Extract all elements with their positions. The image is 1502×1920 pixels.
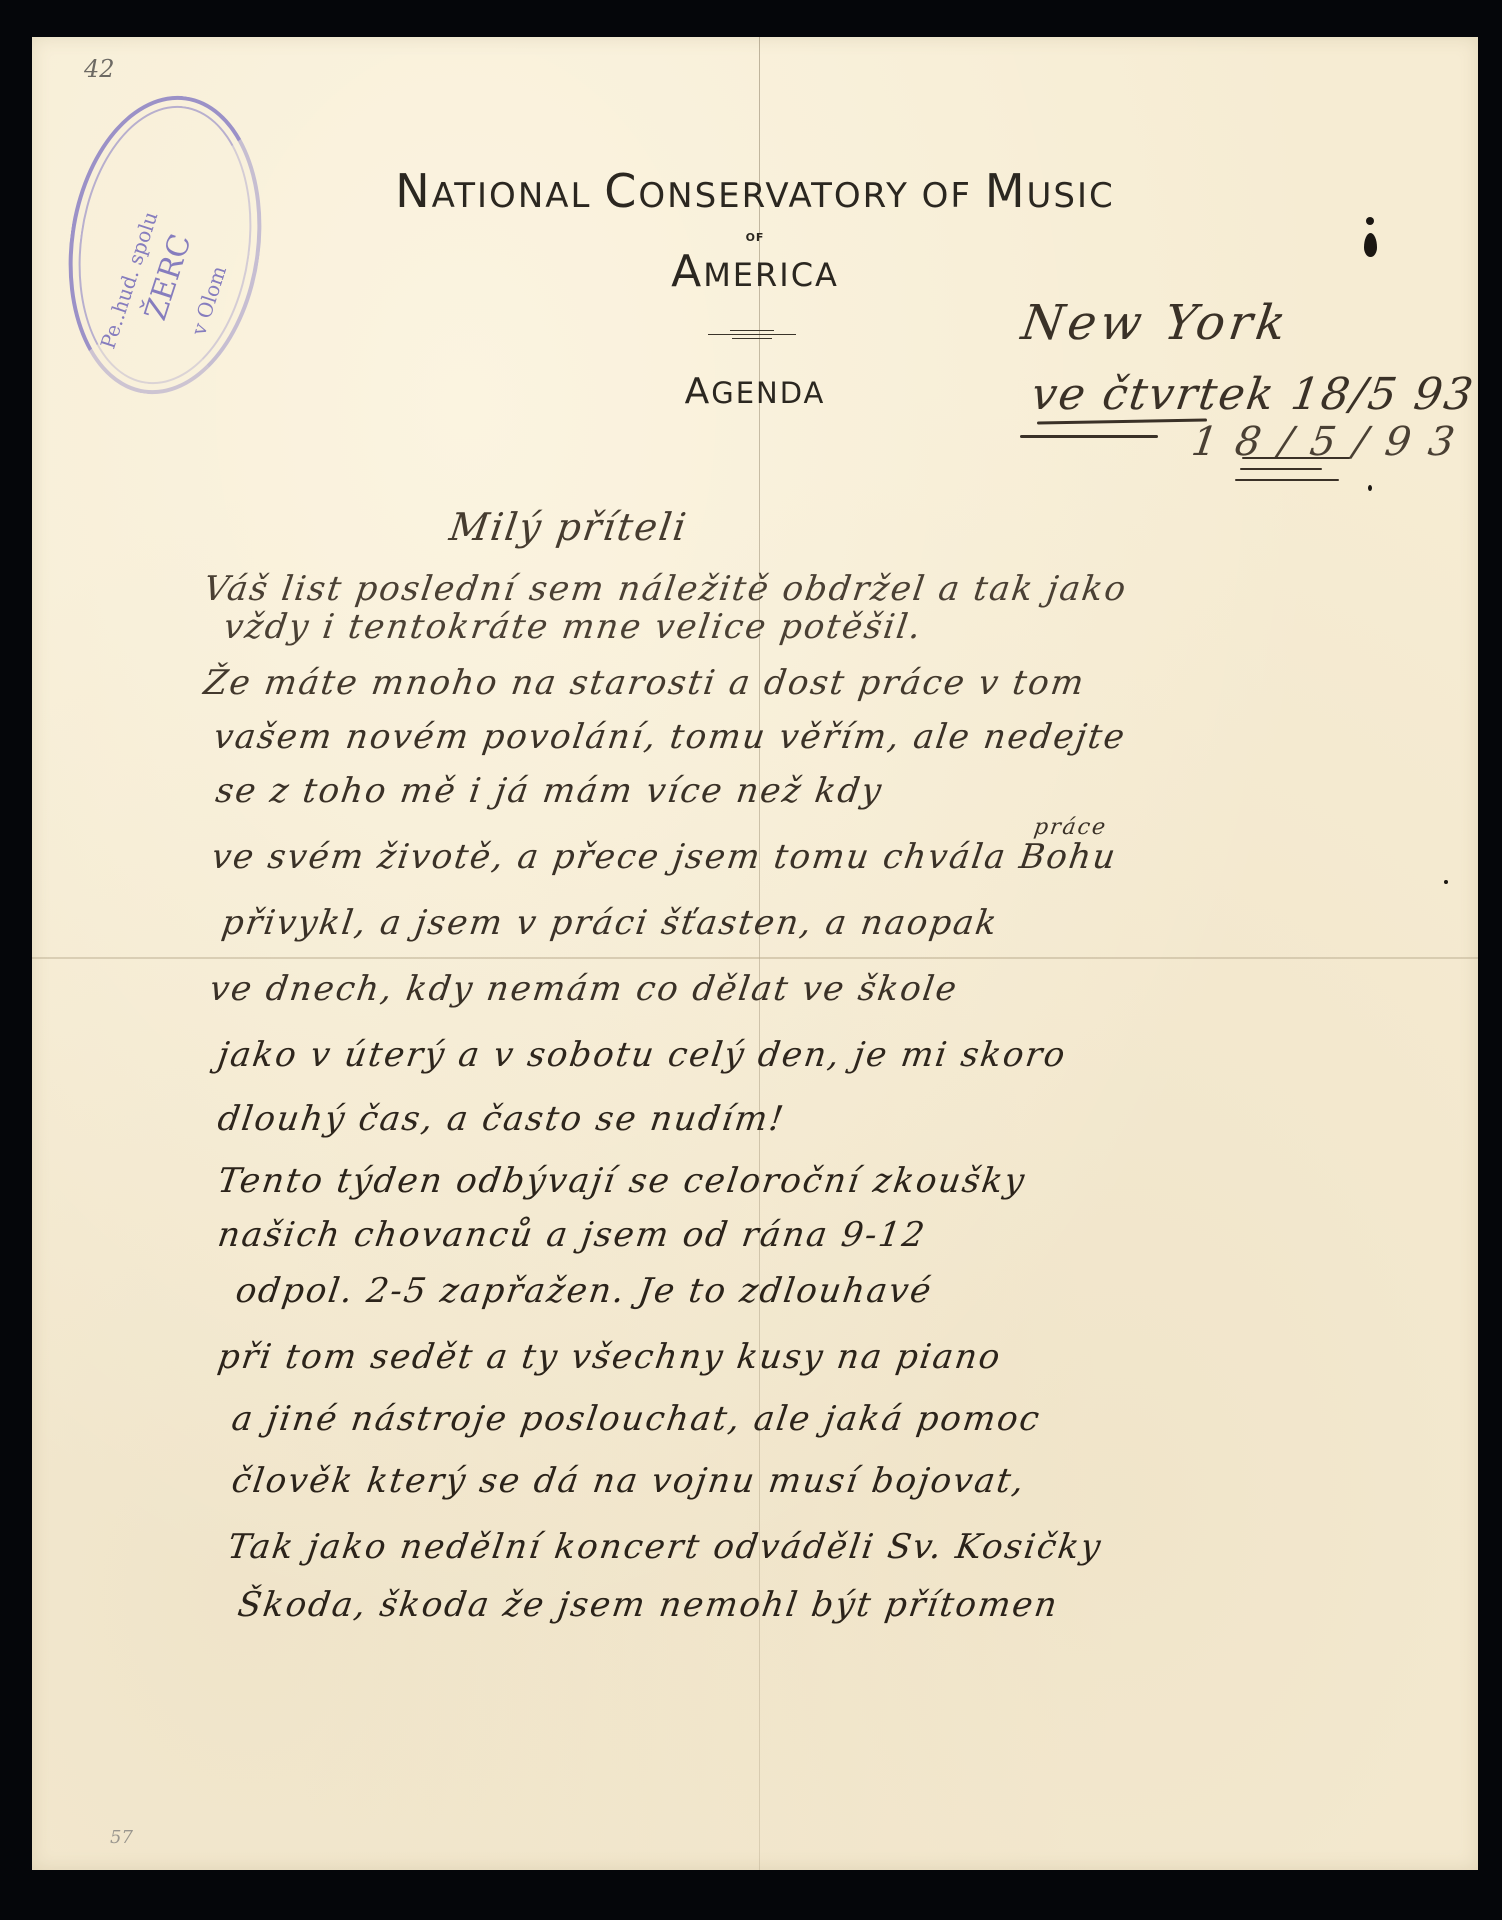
dateline-underline-2 <box>1020 435 1158 438</box>
letterhead-initial-n: N <box>395 164 431 218</box>
letterhead-of: OF <box>32 231 1478 244</box>
date-underline-c <box>1235 479 1339 481</box>
letterhead-initial-m: M <box>985 164 1027 218</box>
archive-stamp: Pe..hud. spolu ŽERC v Olom <box>50 83 280 407</box>
letter-line-16: člověk který se dá na vojnu musí bojovat… <box>229 1461 1028 1501</box>
letterhead-word-agenda: GENDA <box>711 376 825 410</box>
date-underline-b <box>1240 468 1322 470</box>
letter-line-3: Že máte mnoho na starosti a dost práce v… <box>201 663 1088 703</box>
letterhead-word-national: ATIONAL <box>432 176 605 216</box>
ink-speck-margin <box>1444 880 1448 884</box>
letterhead-word-conservatory: ONSERVATORY OF <box>638 176 984 216</box>
dateline-day: ve čtvrtek 18/5 93 <box>1028 369 1477 420</box>
letter-line-7: přivykl, a jsem v práci šťasten, a naopa… <box>219 903 1001 943</box>
letterhead-america: AMERICA <box>32 246 1478 297</box>
letter-line-17: Tak jako nedělní koncert odváděli Sv. Ko… <box>225 1527 1105 1567</box>
dateline-place: New York <box>1018 295 1293 351</box>
letter-line-1: Váš list poslední sem náležitě obdržel a… <box>201 569 1130 609</box>
letter-line-9: jako v úterý a v sobotu celý den, je mi … <box>215 1035 1069 1075</box>
letter-line-10: dlouhý čas, a často se nudím! <box>215 1099 787 1139</box>
letter-line-8: ve dnech, kdy nemám co dělat ve škole <box>207 969 961 1009</box>
letter-line-6: ve svém životě, a přece jsem tomu chvála… <box>209 837 1119 877</box>
horizontal-fold-crease <box>32 957 1478 959</box>
letterhead-word-america: MERICA <box>703 256 839 294</box>
ink-drop-icon <box>1364 233 1377 257</box>
letter-line-5: se z toho mě i já mám více než kdy <box>213 771 885 811</box>
ink-speck <box>1368 485 1372 491</box>
letter-line-12: našich chovanců a jsem od rána 9-12 <box>215 1215 929 1255</box>
letter-line-18: Škoda, škoda že jsem nemohl být přítomen <box>235 1585 1061 1625</box>
letterhead-initial-a: A <box>671 246 703 297</box>
letterhead-title: NATIONAL CONSERVATORY OF MUSIC <box>32 164 1478 218</box>
letter-line-11: Tento týden odbývají se celoroční zkoušk… <box>215 1161 1028 1201</box>
letter-line-14: při tom sedět a ty všechny kusy na piano <box>215 1337 1004 1377</box>
date-underline-a <box>1242 457 1350 459</box>
letterhead-initial-c: C <box>604 164 638 218</box>
letterhead-word-music: USIC <box>1027 176 1115 216</box>
letter-line-13: odpol. 2-5 zapřažen. Je to zdlouhavé <box>233 1271 935 1311</box>
letter-line-4: vašem novém povolání, tomu věřím, ale ne… <box>211 717 1129 757</box>
letter-sheet: 42 57 Pe..hud. spolu ŽERC v Olom NATIONA… <box>32 37 1478 1870</box>
letterhead-initial-agenda: A <box>685 371 712 412</box>
letter-line-2: vždy i tentokráte mne velice potěšil. <box>221 607 925 647</box>
letterhead-decorative-rule <box>708 330 796 340</box>
ink-dot <box>1366 217 1374 225</box>
archive-number-top: 42 <box>84 55 115 83</box>
letter-line-15: a jiné nástroje poslouchat, ale jaká pom… <box>229 1399 1043 1439</box>
archive-number-bottom: 57 <box>110 1827 133 1848</box>
letter-salutation: Milý příteli <box>447 505 691 549</box>
